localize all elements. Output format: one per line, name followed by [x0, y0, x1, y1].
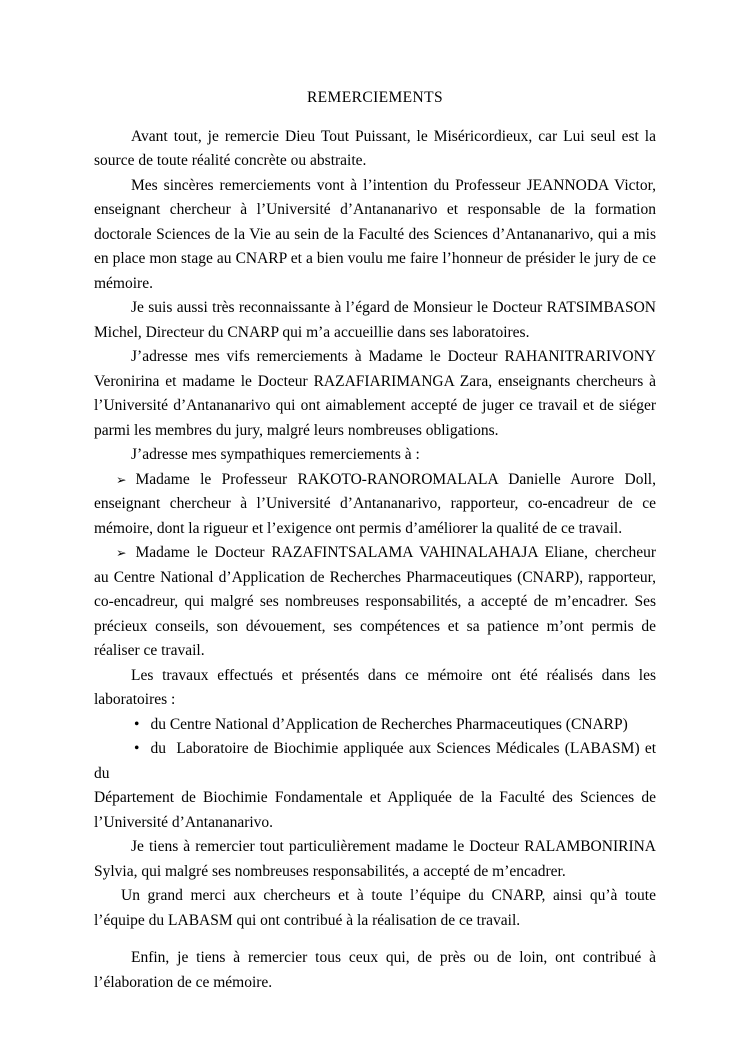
paragraph-sympathiques: J’adresse mes sympathiques remerciements…: [94, 443, 656, 468]
page-title: REMERCIEMENTS: [94, 86, 656, 111]
arrow-bullet-icon: ➢: [116, 473, 135, 487]
paragraph-travaux: Les travaux effectués et présentés dans …: [94, 664, 656, 713]
paragraph-jury-members: J’adresse mes vifs remerciements à Madam…: [94, 345, 656, 443]
list-item-razafintsalama: ➢Madame le Docteur RAZAFINTSALAMA VAHINA…: [94, 541, 656, 664]
dot-bullet-icon: •: [134, 740, 150, 757]
list-item-text: Madame le Docteur RAZAFINTSALAMA VAHINAL…: [94, 544, 656, 659]
arrow-bullet-icon: ➢: [116, 546, 135, 560]
list-item-labasm: •du Laboratoire de Biochimie appliquée a…: [94, 737, 656, 786]
paragraph-departement: Département de Biochimie Fondamentale et…: [94, 786, 656, 835]
dot-bullet-icon: •: [134, 716, 150, 733]
paragraph-merci-equipe: Un grand merci aux chercheurs et à toute…: [94, 884, 656, 933]
paragraph-intro: Avant tout, je remercie Dieu Tout Puissa…: [94, 125, 656, 174]
list-item-text: du Laboratoire de Biochimie appliquée au…: [94, 740, 656, 782]
list-item-text: Madame le Professeur RAKOTO-RANOROMALALA…: [94, 471, 656, 537]
paragraph-ratsimbason: Je suis aussi très reconnaissante à l’ég…: [94, 296, 656, 345]
paragraph-enfin: Enfin, je tiens à remercier tous ceux qu…: [94, 946, 656, 995]
list-item-cnarp: •du Centre National d’Application de Rec…: [94, 713, 656, 738]
paragraph-ralambonirina: Je tiens à remercier tout particulièreme…: [94, 835, 656, 884]
list-item-text: du Centre National d’Application de Rech…: [150, 716, 627, 733]
document-page: REMERCIEMENTS Avant tout, je remercie Di…: [0, 0, 745, 1053]
paragraph-jeannoda: Mes sincères remerciements vont à l’inte…: [94, 174, 656, 297]
list-item-rakoto: ➢Madame le Professeur RAKOTO-RANOROMALAL…: [94, 468, 656, 542]
